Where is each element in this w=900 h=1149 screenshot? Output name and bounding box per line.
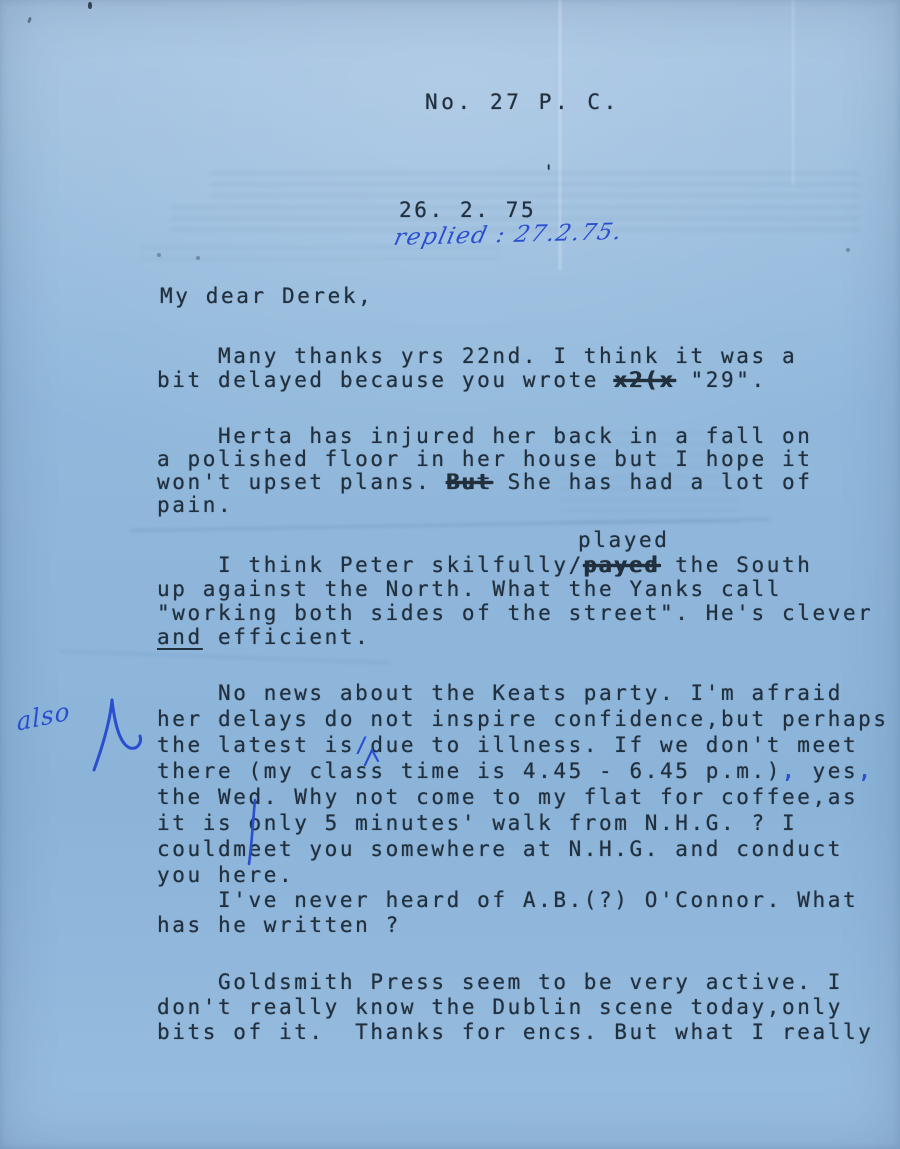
replied-annotation: replied : 27.2.75. (391, 219, 625, 251)
typed-line: No news about the Keats party. I'm afrai… (157, 680, 889, 706)
margin-note-also: also (16, 696, 72, 737)
letter-number: No. 27 P. C. (425, 90, 620, 114)
paragraph-peter: I think Peter skilfully/payed the Southu… (157, 553, 873, 649)
typed-line: pain. (157, 494, 812, 517)
typed-line: I've never heard of A.B.(?) O'Connor. Wh… (157, 888, 858, 913)
typed-insertion-played: played (578, 528, 669, 552)
paragraph-herta: Herta has injured her back in a fall ona… (157, 425, 812, 517)
typed-line: the Wed. Why not come to my flat for cof… (157, 784, 889, 810)
paper-crease-vertical (792, 0, 794, 185)
typed-line: you here. (157, 862, 889, 888)
stray-apostrophe-mark: ' (543, 161, 557, 183)
caret-under-is-icon (362, 747, 382, 767)
space-insertion-stroke-icon (244, 798, 260, 866)
typed-line: couldmeet you somewhere at N.H.G. and co… (157, 836, 889, 862)
paper-speck (157, 253, 161, 257)
typed-line: there (my class time is 4.45 - 6.45 p.m.… (157, 758, 889, 784)
paragraph-goldsmith: Goldsmith Press seem to be very active. … (157, 970, 873, 1045)
paper-speck (846, 248, 850, 252)
paragraph-thanks: Many thanks yrs 22nd. I think it was abi… (157, 344, 797, 392)
typed-line: won't upset plans. But She has had a lot… (157, 471, 812, 494)
typed-line: Goldsmith Press seem to be very active. … (157, 970, 873, 995)
letter-page: No. 27 P. C. 26. 2. 75 ' My dear Derek, … (0, 0, 900, 1149)
paragraph-oconnor: I've never heard of A.B.(?) O'Connor. Wh… (157, 888, 858, 938)
paper-speck (196, 256, 200, 260)
paper-wrinkle (60, 650, 390, 664)
margin-insertion-caret-icon (90, 696, 146, 776)
typed-line: bits of it. Thanks for encs. But what I … (157, 1020, 873, 1045)
typed-line: "working both sides of the street". He's… (157, 601, 873, 625)
typed-line: don't really know the Dublin scene today… (157, 995, 873, 1020)
paper-speck (27, 17, 32, 24)
typed-line: has he written ? (157, 913, 858, 938)
typed-line: Herta has injured her back in a fall on (157, 425, 812, 448)
typed-line: a polished floor in her house but I hope… (157, 448, 812, 471)
paragraph-keats-party: No news about the Keats party. I'm afrai… (157, 680, 889, 888)
typed-line: her delays do not inspire confidence,but… (157, 706, 889, 732)
salutation: My dear Derek, (160, 284, 373, 308)
typed-line: bit delayed because you wrote x2(x "29". (157, 368, 797, 392)
letter-date: 26. 2. 75 (399, 198, 536, 222)
typed-line: the latest is/due to illness. If we don'… (157, 732, 889, 758)
typed-line: I think Peter skilfully/payed the South (157, 553, 873, 577)
paper-speck (88, 2, 92, 9)
typed-line: Many thanks yrs 22nd. I think it was a (157, 344, 797, 368)
typed-line: it is only 5 minutes' walk from N.H.G. ?… (157, 810, 889, 836)
typed-line: and efficient. (157, 625, 873, 649)
typed-line: up against the North. What the Yanks cal… (157, 577, 873, 601)
